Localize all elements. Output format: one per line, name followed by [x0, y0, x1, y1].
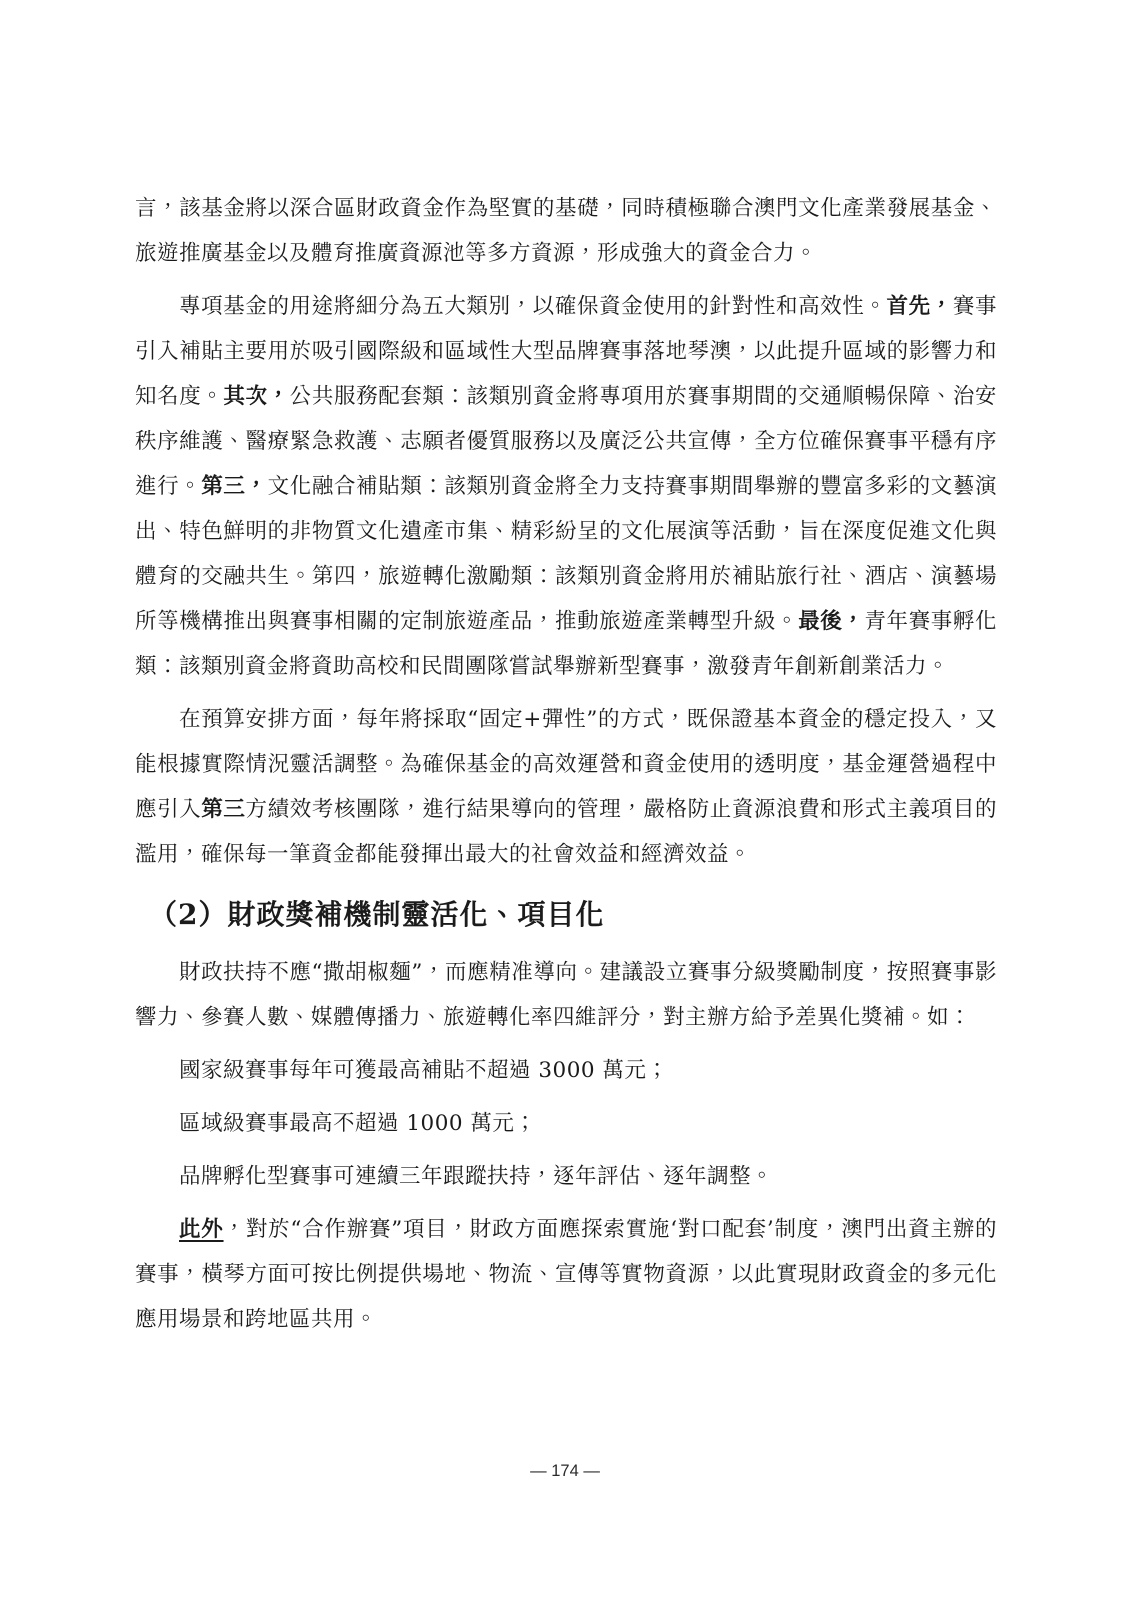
section-heading: （2）財政獎補機制靈活化、項目化 [135, 889, 997, 941]
page-footer: — 174 — [0, 1462, 1130, 1481]
document-page: 言，該基金將以深合區財政資金作為堅實的基礎，同時積極聯合澳門文化產業發展基金、旅… [0, 0, 1130, 1600]
emphasis-text: 第三， [201, 474, 267, 499]
body-text: 品牌孵化型賽事可連續三年跟蹤扶持，逐年評估、逐年調整。 [179, 1164, 773, 1189]
page-number: — 174 — [530, 1462, 600, 1480]
paragraph: 品牌孵化型賽事可連續三年跟蹤扶持，逐年評估、逐年調整。 [135, 1154, 997, 1199]
paragraph: 在預算安排方面，每年將採取“固定+彈性”的方式，既保證基本資金的穩定投入，又能根… [135, 697, 997, 877]
paragraph: 專項基金的用途將細分為五大類別，以確保資金使用的針對性和高效性。首先，賽事引入補… [135, 284, 997, 689]
emphasis-text: 第三 [201, 797, 245, 822]
body-text: 國家級賽事每年可獲最高補貼不超過 3000 萬元； [179, 1058, 668, 1083]
emphasis-text: 首先， [887, 294, 953, 319]
document-body: 言，該基金將以深合區財政資金作為堅實的基礎，同時積極聯合澳門文化產業發展基金、旅… [135, 186, 997, 1350]
body-text: 言，該基金將以深合區財政資金作為堅實的基礎，同時積極聯合澳門文化產業發展基金、旅… [135, 196, 997, 266]
body-text: 區域級賽事最高不超過 1000 萬元； [179, 1111, 536, 1136]
body-text: 財政扶持不應“撒胡椒麵”，而應精准導向。建議設立賽事分級獎勵制度，按照賽事影響力… [135, 960, 997, 1030]
paragraph: 區域級賽事最高不超過 1000 萬元； [135, 1101, 997, 1146]
body-text: 專項基金的用途將細分為五大類別，以確保資金使用的針對性和高效性。 [179, 294, 887, 319]
paragraph: 國家級賽事每年可獲最高補貼不超過 3000 萬元； [135, 1048, 997, 1093]
paragraph: 財政扶持不應“撒胡椒麵”，而應精准導向。建議設立賽事分級獎勵制度，按照賽事影響力… [135, 950, 997, 1040]
body-text: 方績效考核團隊，進行結果導向的管理，嚴格防止資源浪費和形式主義項目的濫用，確保每… [135, 797, 997, 867]
emphasis-text: 此外 [179, 1217, 224, 1242]
paragraph: 言，該基金將以深合區財政資金作為堅實的基礎，同時積極聯合澳門文化產業發展基金、旅… [135, 186, 997, 276]
emphasis-text: 最後， [798, 609, 864, 634]
body-text: ，對於“合作辦賽”項目，財政方面應探索實施‘對口配套’制度，澳門出資主辦的賽事，… [135, 1217, 997, 1332]
paragraph: 此外，對於“合作辦賽”項目，財政方面應探索實施‘對口配套’制度，澳門出資主辦的賽… [135, 1207, 997, 1342]
emphasis-text: 其次， [223, 384, 289, 409]
